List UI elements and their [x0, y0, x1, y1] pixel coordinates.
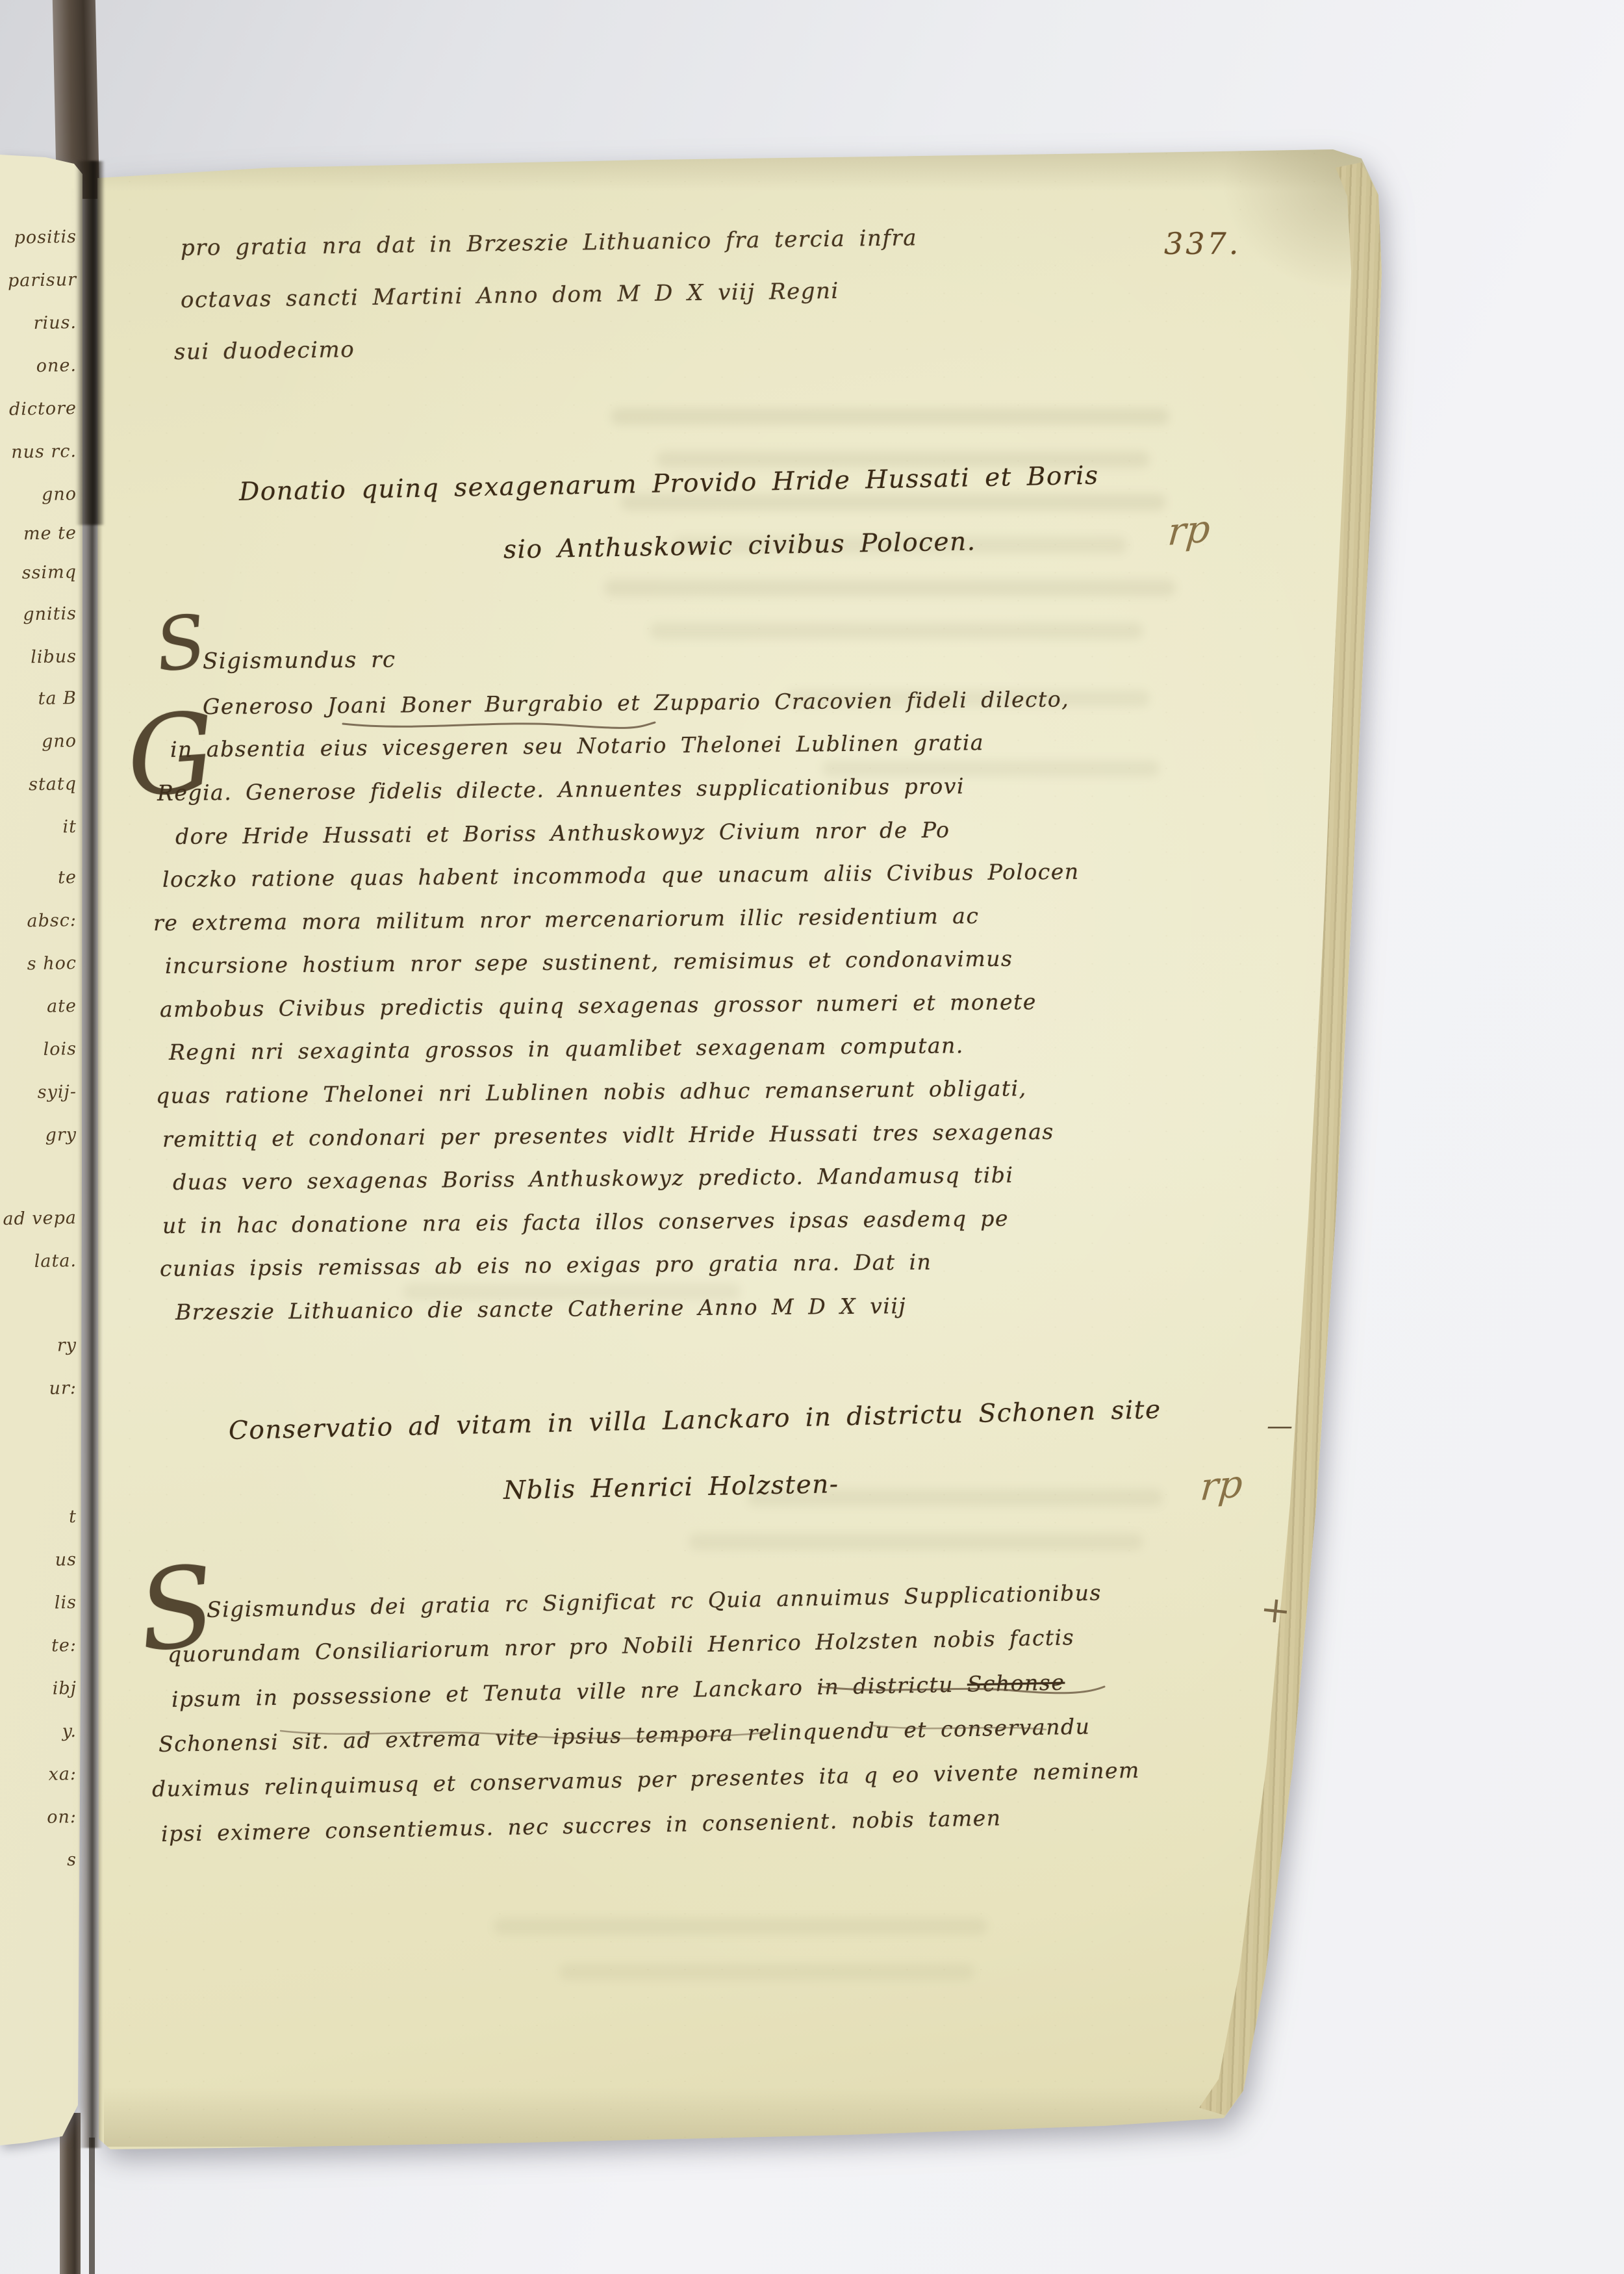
underline-boner — [343, 722, 655, 728]
manuscript-page: 337. pro gratia nra dat in Brzeszie Lith… — [0, 0, 1624, 2274]
manuscript-photo: positis parisur rius. one. dictore nus r… — [0, 0, 1624, 2274]
gutter-shadow-top — [75, 161, 104, 525]
underline-holzsten — [820, 1687, 1104, 1693]
wavy-line — [281, 1731, 773, 1739]
ink-strokes — [0, 0, 1624, 2274]
underline-holzsten-2 — [874, 1726, 1046, 1730]
